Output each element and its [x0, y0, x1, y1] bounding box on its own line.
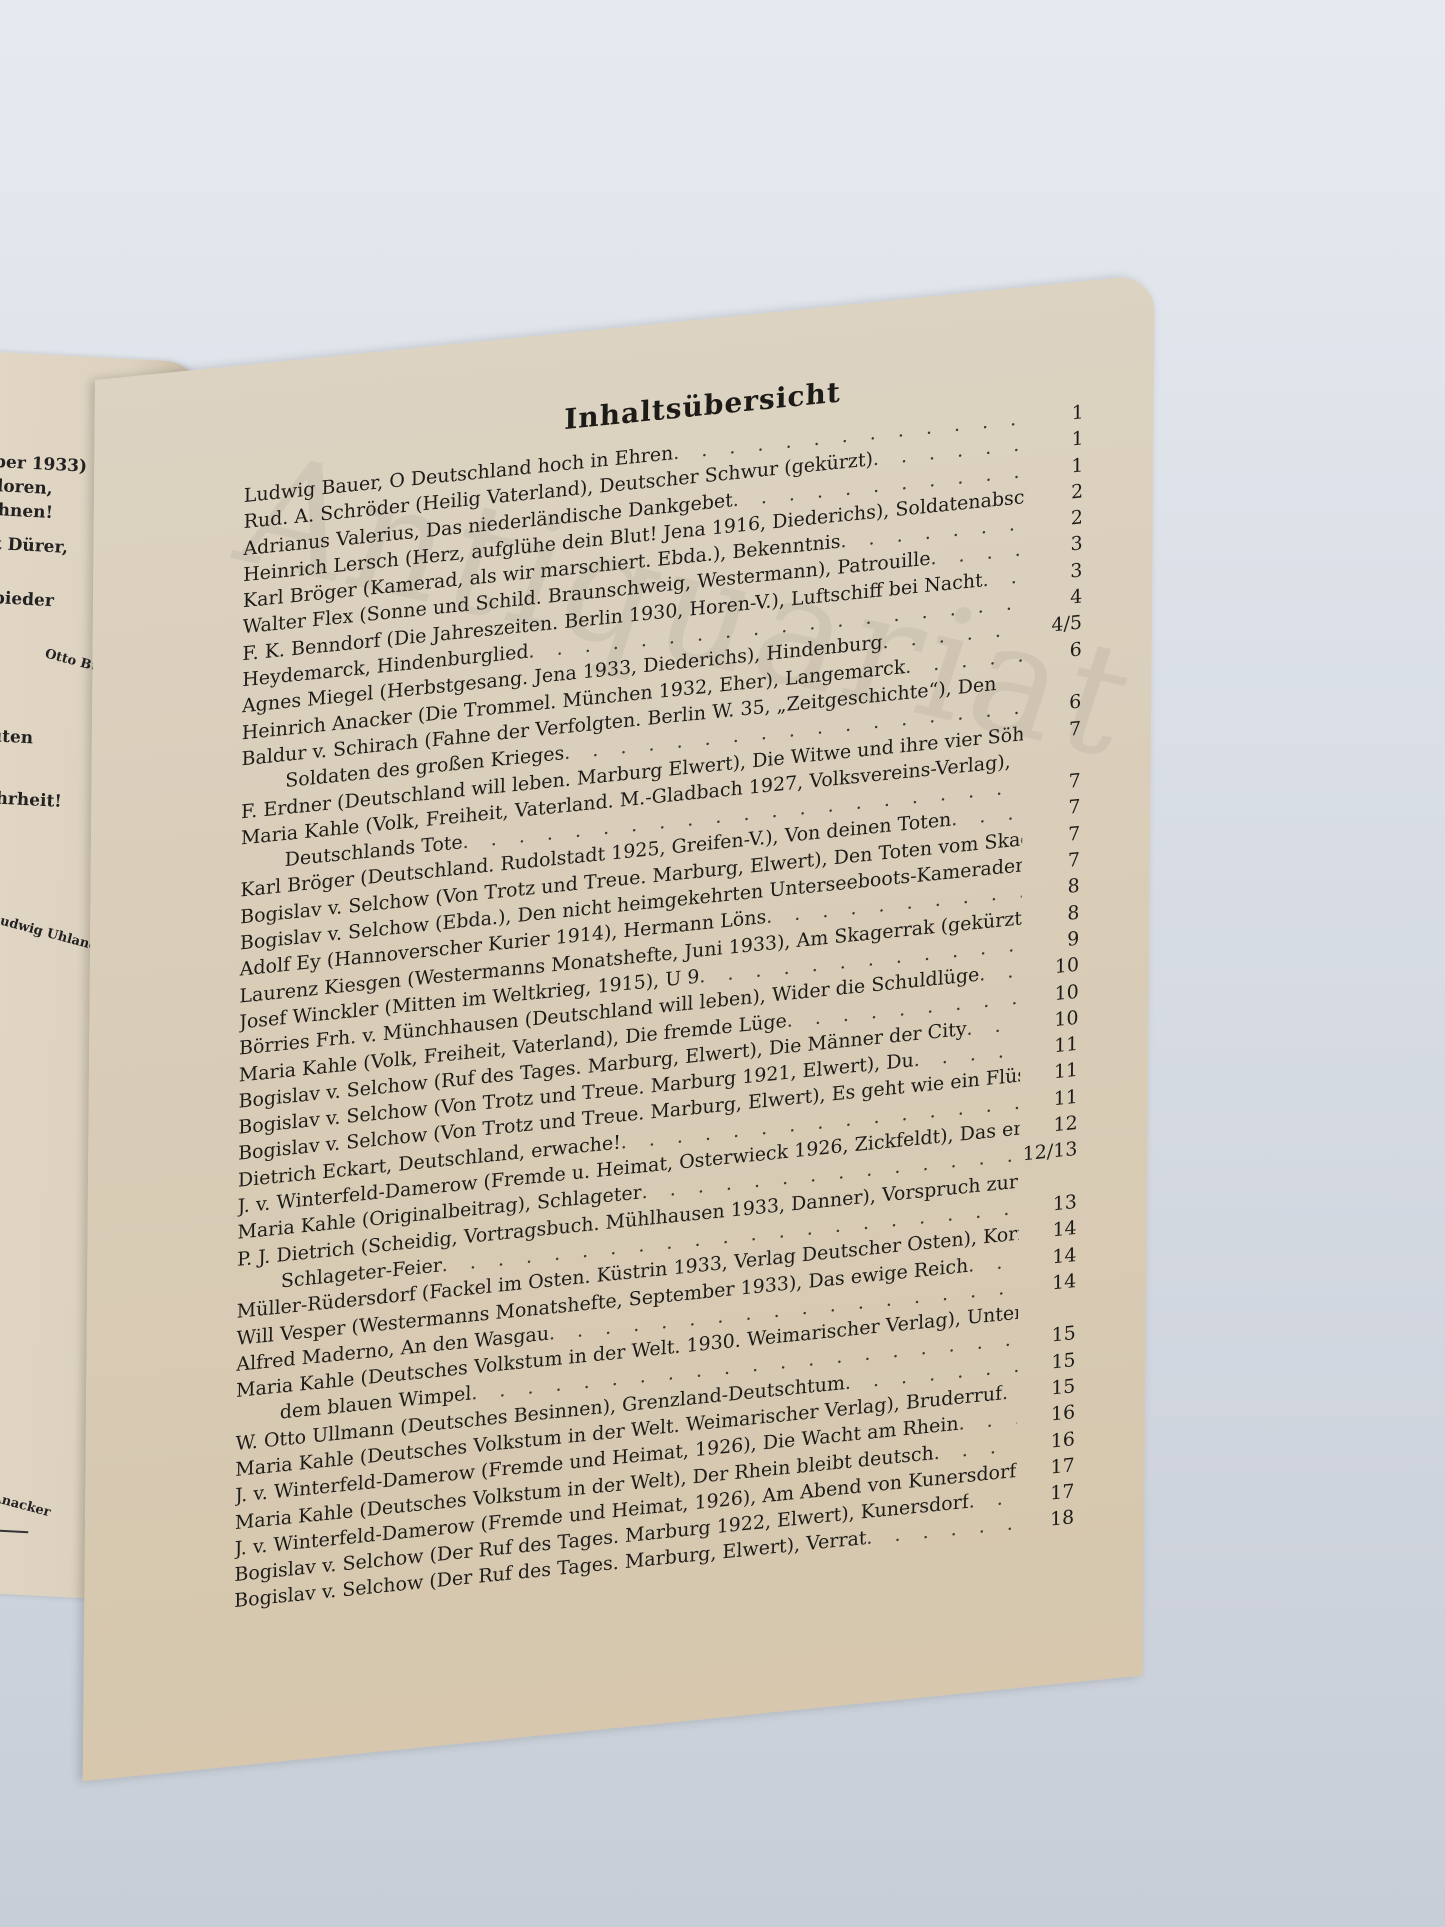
dot-leader: . . . . . . . . . . . . . . . . . . . . … — [1002, 1379, 1018, 1407]
left-page-text-fragment: pieder — [0, 588, 54, 611]
poem-author-signature: Ludwig Uhland — [0, 911, 100, 954]
toc-page-number — [1023, 681, 1081, 687]
toc-page-number — [1018, 1313, 1076, 1319]
toc-page-number: 18 — [1016, 1505, 1074, 1537]
left-page-text-fragment: hnen! — [0, 500, 53, 523]
dot-leader — [996, 687, 1023, 690]
left-page-text-fragment: ber 1933) — [0, 452, 88, 477]
divider-rule — [0, 1526, 28, 1533]
table-of-contents: Ludwig Bauer, O Deutschland hoch in Ehre… — [234, 399, 1084, 1615]
poem-author-signature: inrich Anacker — [0, 1478, 52, 1520]
left-page-text-fragment: ahrheit! — [0, 788, 62, 812]
toc-page-number — [1019, 1182, 1077, 1188]
right-page: Antiquariat Inhaltsübersicht Ludwig Baue… — [83, 274, 1155, 1781]
left-page-text-fragment: uten — [0, 726, 34, 748]
dot-leader — [1011, 766, 1023, 767]
left-page-text-fragment: t Dürer, — [0, 534, 69, 558]
toc-page-number — [1023, 760, 1081, 766]
left-page-text-fragment: loren, — [0, 476, 53, 499]
